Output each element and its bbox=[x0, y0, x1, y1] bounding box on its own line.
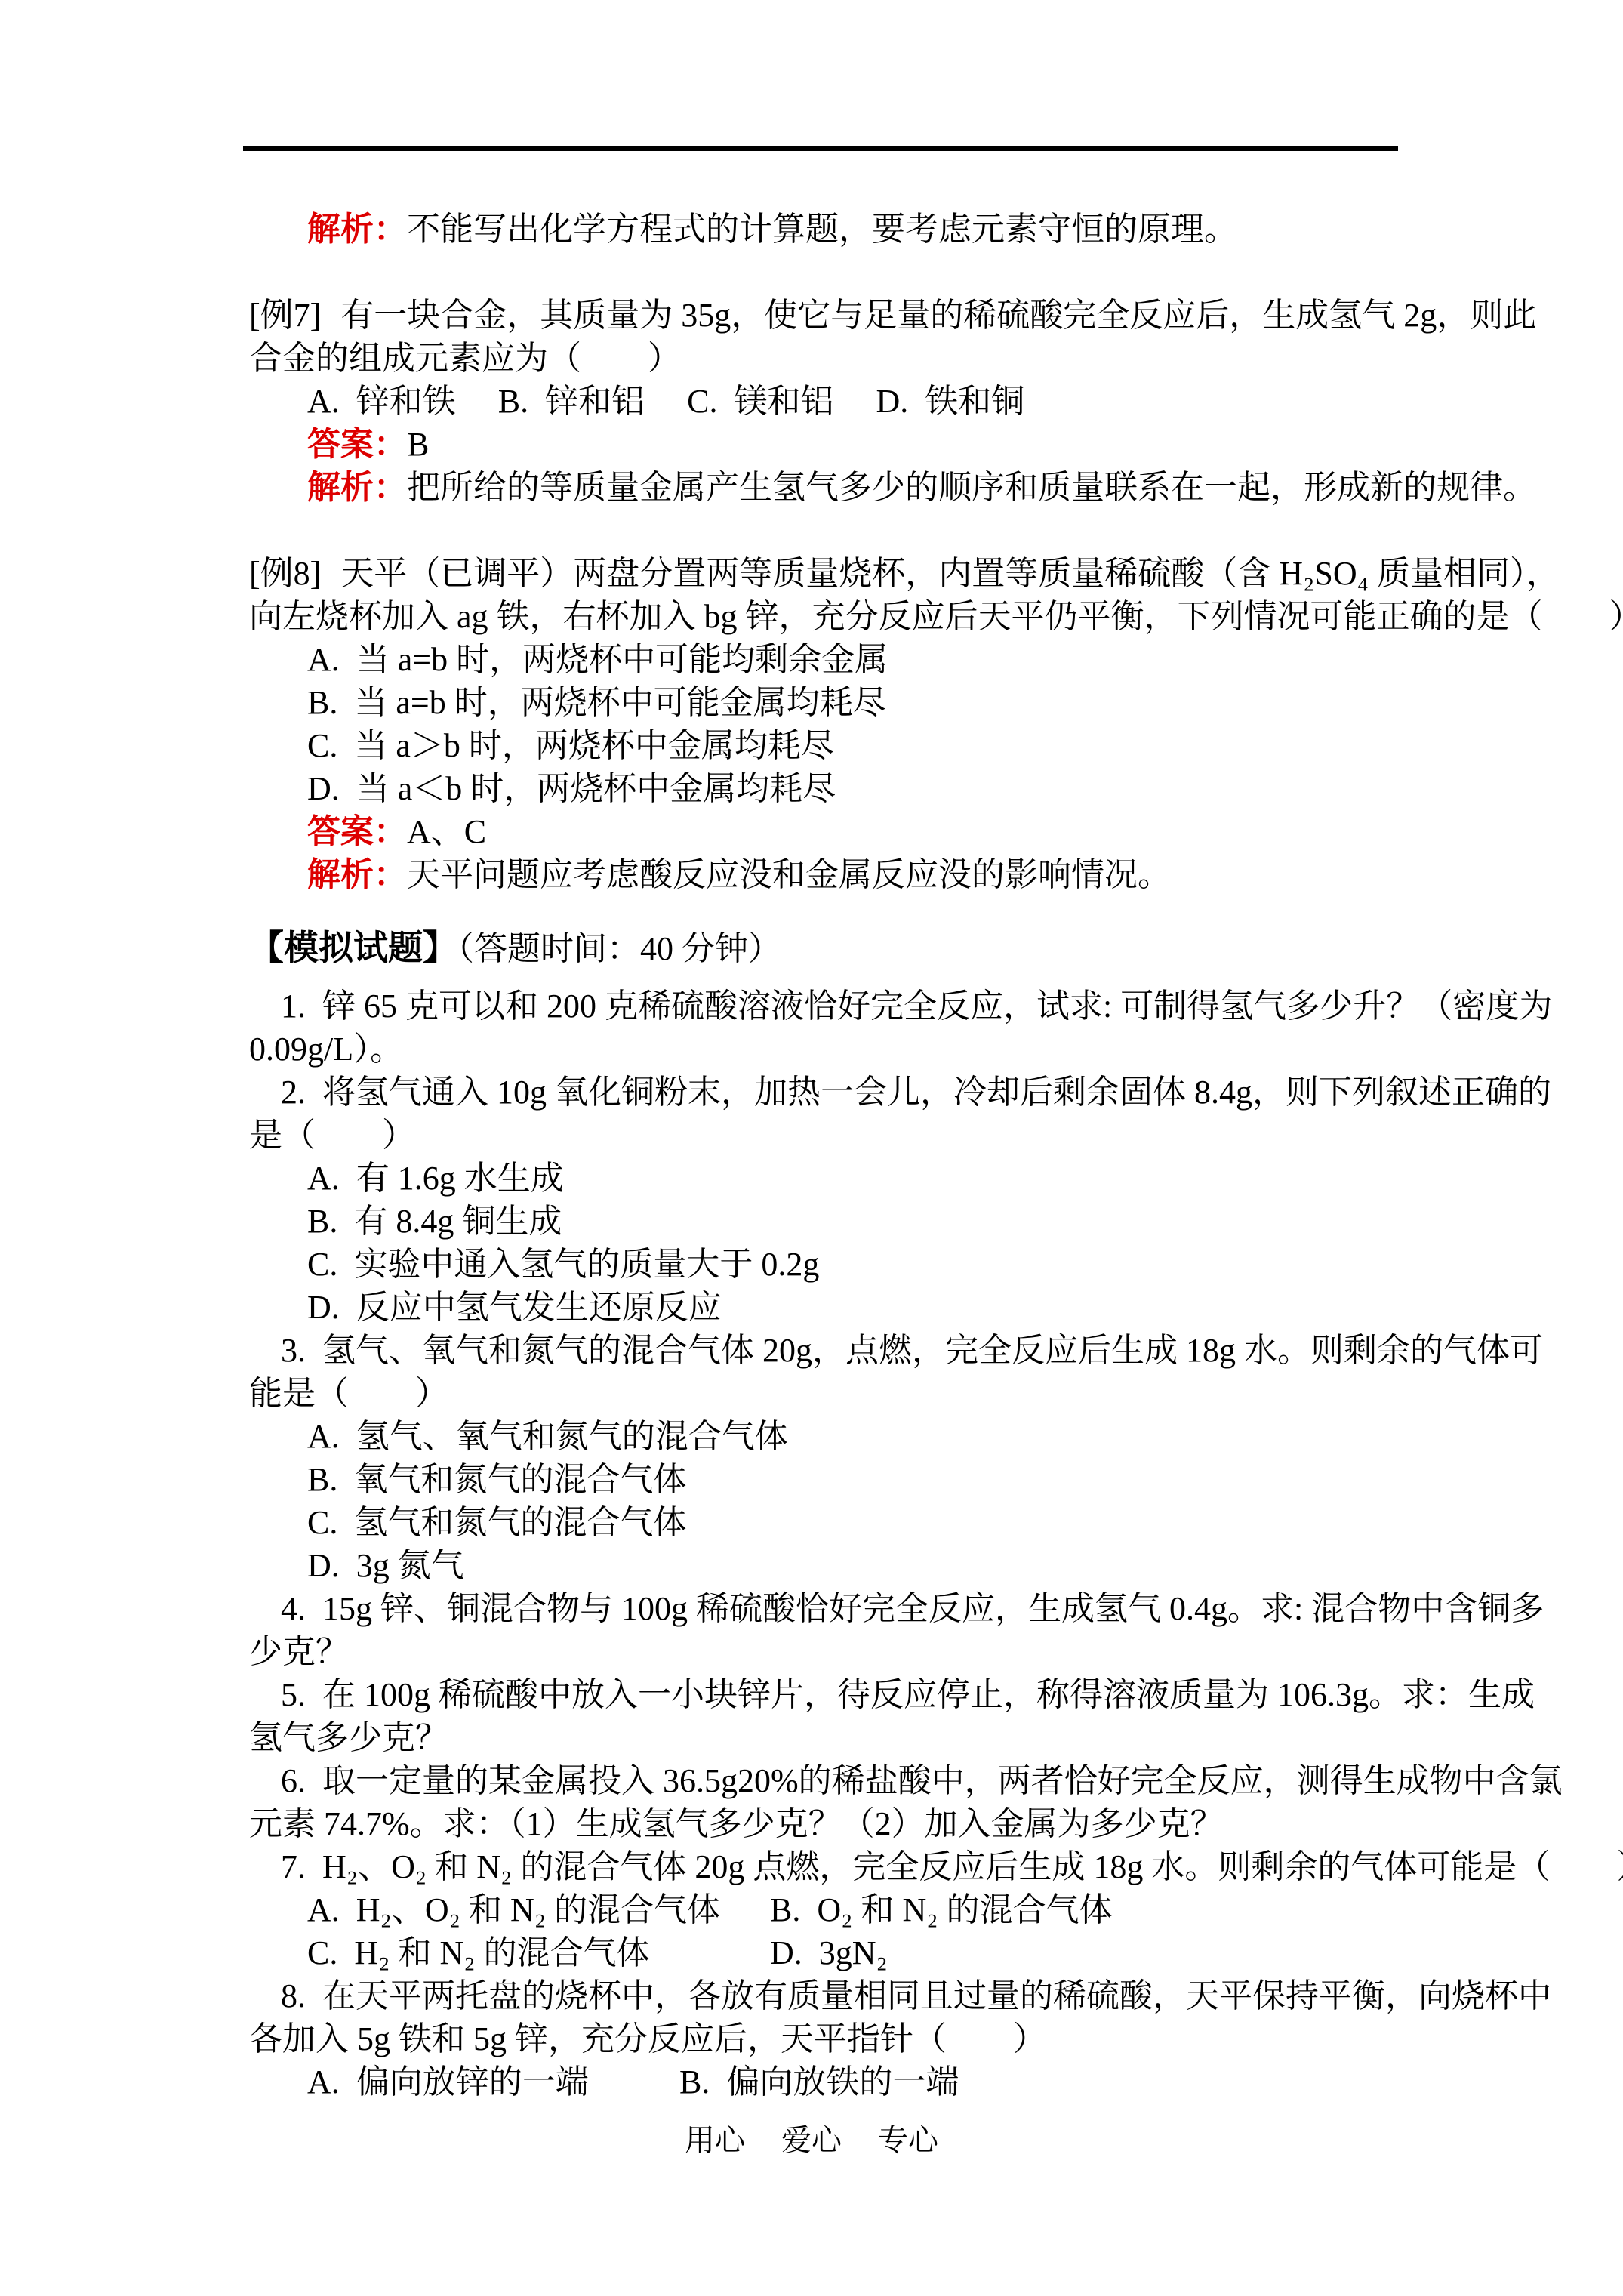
mock-test-heading-line: 【模拟试题】（答题时间：40 分钟） bbox=[249, 926, 1427, 969]
mock-test-time-note: （答题时间：40 分钟） bbox=[457, 930, 781, 967]
option-text: 3g 氮气 bbox=[356, 1547, 464, 1584]
example7-question-line2: 合金的组成元素应为（ ） bbox=[249, 337, 1427, 380]
example7-option-c: C.镁和铝 bbox=[687, 380, 833, 423]
question2-option-c: C.实验中通入氢气的质量大于 0.2g bbox=[249, 1243, 1427, 1286]
example8-answer-line: 答案：A、C bbox=[249, 810, 1427, 853]
option-text: O₂ 和 N₂ 的混合气体 bbox=[817, 1891, 1112, 1928]
question-text: H₂、O₂ 和 N₂ 的混合气体 20g 点燃，完全反应后生成 18g 水。则剩… bbox=[322, 1848, 1623, 1885]
option-text: 镁和铝 bbox=[735, 383, 834, 420]
option-key: C. bbox=[307, 1246, 337, 1283]
analysis-label: 解析： bbox=[307, 856, 407, 893]
option-text: 有 8.4g 铜生成 bbox=[354, 1203, 562, 1240]
example8-analysis-line: 解析：天平问题应考虑酸反应没和金属反应没的影响情况。 bbox=[249, 853, 1427, 896]
question3-option-d: D.3g 氮气 bbox=[249, 1544, 1427, 1587]
example7-options-row: A.锌和铁B.锌和铝C.镁和铝D.铁和铜 bbox=[249, 380, 1427, 423]
option-key: D. bbox=[307, 1547, 340, 1584]
option-key: B. bbox=[307, 684, 337, 721]
option-text: 锌和铝 bbox=[545, 383, 645, 420]
question-text: 取一定量的某金属投入 36.5g20%的稀盐酸中，两者恰好完全反应，测得生成物中… bbox=[322, 1762, 1563, 1799]
option-text: 当 a＜b 时，两烧杯中金属均耗尽 bbox=[356, 770, 836, 807]
question-text: 在 100g 稀硫酸中放入一小块锌片，待反应停止，称得溶液质量为 106.3g。… bbox=[322, 1676, 1535, 1713]
header-separator-rule bbox=[243, 146, 1398, 151]
example8-option-a: A.当 a=b 时，两烧杯中可能均剩余金属 bbox=[249, 638, 1427, 681]
option-key: B. bbox=[307, 1203, 337, 1240]
answer-value: A、C bbox=[407, 813, 486, 850]
document-body: 解析：不能写出化学方程式的计算题，要考虑元素守恒的原理。 [例7]有一块合金，其… bbox=[249, 208, 1427, 2103]
option-text: 实验中通入氢气的质量大于 0.2g bbox=[354, 1246, 819, 1283]
footer-motto-1: 用心 bbox=[685, 2123, 745, 2157]
analysis-text: 不能写出化学方程式的计算题，要考虑元素守恒的原理。 bbox=[407, 211, 1237, 248]
document-page: 解析：不能写出化学方程式的计算题，要考虑元素守恒的原理。 [例7]有一块合金，其… bbox=[0, 0, 1623, 2296]
question-text: 氢气、氧气和氮气的混合气体 20g，点燃，完全反应后生成 18g 水。则剩余的气… bbox=[322, 1332, 1543, 1369]
option-key: C. bbox=[307, 1504, 337, 1541]
option-key: A. bbox=[307, 383, 340, 420]
option-key: A. bbox=[307, 1891, 340, 1928]
question3-line1: 3.氢气、氧气和氮气的混合气体 20g，点燃，完全反应后生成 18g 水。则剩余… bbox=[249, 1329, 1427, 1372]
example7-analysis-line: 解析：把所给的等质量金属产生氢气多少的顺序和质量联系在一起，形成新的规律。 bbox=[249, 466, 1427, 509]
option-text: 当 a＞b 时，两烧杯中金属均耗尽 bbox=[354, 727, 834, 764]
blank-line bbox=[249, 251, 1427, 294]
question2-option-b: B.有 8.4g 铜生成 bbox=[249, 1200, 1427, 1243]
question8-line2: 各加入 5g 铁和 5g 锌，充分反应后，天平指针（ ） bbox=[249, 2017, 1427, 2060]
analysis-text: 天平问题应考虑酸反应没和金属反应没的影响情况。 bbox=[407, 856, 1171, 893]
mock-test-heading: 【模拟试题】 bbox=[249, 929, 457, 967]
option-key: A. bbox=[307, 2063, 340, 2100]
blank-line bbox=[249, 509, 1427, 552]
example7-question-line1: [例7]有一块合金，其质量为 35g，使它与足量的稀硫酸完全反应后，生成氢气 2… bbox=[249, 294, 1427, 337]
example8-option-c: C.当 a＞b 时，两烧杯中金属均耗尽 bbox=[249, 724, 1427, 767]
question8-options-ab: A.偏向放锌的一端B.偏向放铁的一端 bbox=[249, 2060, 1427, 2103]
question-number: 3. bbox=[281, 1332, 306, 1369]
analysis-text: 把所给的等质量金属产生氢气多少的顺序和质量联系在一起，形成新的规律。 bbox=[407, 469, 1536, 506]
option-key: D. bbox=[770, 1934, 802, 1971]
option-text: 3gN₂ bbox=[819, 1934, 888, 1971]
question2-line1: 2.将氢气通入 10g 氧化铜粉末，加热一会儿，冷却后剩余固体 8.4g，则下列… bbox=[249, 1071, 1427, 1114]
question2-option-d: D.反应中氢气发生还原反应 bbox=[249, 1286, 1427, 1329]
question3-option-a: A.氢气、氧气和氮气的混合气体 bbox=[249, 1415, 1427, 1458]
option-text: H₂ 和 N₂ 的混合气体 bbox=[354, 1934, 649, 1971]
question-text: 锌 65 克可以和 200 克稀硫酸溶液恰好完全反应，试求: 可制得氢气多少升？… bbox=[322, 988, 1552, 1025]
analysis-label: 解析： bbox=[307, 469, 407, 506]
question4-line1: 4.15g 锌、铜混合物与 100g 稀硫酸恰好完全反应，生成氢气 0.4g。求… bbox=[249, 1587, 1427, 1630]
question7-line1: 7.H₂、O₂ 和 N₂ 的混合气体 20g 点燃，完全反应后生成 18g 水。… bbox=[249, 1845, 1427, 1888]
question8-option-a: A.偏向放锌的一端 bbox=[307, 2060, 679, 2103]
example8-tag: [例8] bbox=[249, 555, 321, 592]
option-text: 氢气、氧气和氮气的混合气体 bbox=[356, 1418, 788, 1455]
question7-option-d: D.3gN₂ bbox=[770, 1934, 888, 1971]
question7-option-c: C.H₂ 和 N₂ 的混合气体 bbox=[307, 1931, 770, 1974]
example7-text1: 有一块合金，其质量为 35g，使它与足量的稀硫酸完全反应后，生成氢气 2g，则此 bbox=[340, 297, 1536, 334]
question4-line2: 少克？ bbox=[249, 1630, 1427, 1673]
question-number: 8. bbox=[281, 1977, 306, 2014]
option-key: C. bbox=[307, 727, 337, 764]
question-number: 1. bbox=[281, 988, 306, 1025]
option-key: C. bbox=[307, 1934, 337, 1971]
option-key: A. bbox=[307, 1160, 340, 1197]
example8-text1: 天平（已调平）两盘分置两等质量烧杯，内置等质量稀硫酸（含 H₂SO₄ 质量相同）… bbox=[340, 555, 1560, 592]
option-key: D. bbox=[876, 383, 909, 420]
answer-value: B bbox=[407, 426, 429, 463]
question5-line2: 氢气多少克？ bbox=[249, 1716, 1427, 1759]
question7-option-b: B.O₂ 和 N₂ 的混合气体 bbox=[770, 1891, 1113, 1928]
example8-question-line2: 向左烧杯加入 ag 铁，右杯加入 bg 锌，充分反应后天平仍平衡，下列情况可能正… bbox=[249, 595, 1427, 638]
example8-question-line1: [例8]天平（已调平）两盘分置两等质量烧杯，内置等质量稀硫酸（含 H₂SO₄ 质… bbox=[249, 552, 1427, 595]
option-key: B. bbox=[770, 1891, 800, 1928]
question8-line1: 8.在天平两托盘的烧杯中，各放有质量相同且过量的稀硫酸，天平保持平衡，向烧杯中 bbox=[249, 1974, 1427, 2017]
question7-option-a: A.H₂、O₂ 和 N₂ 的混合气体 bbox=[307, 1888, 770, 1931]
option-text: H₂、O₂ 和 N₂ 的混合气体 bbox=[356, 1891, 720, 1928]
option-key: B. bbox=[498, 383, 528, 420]
question2-line2: 是（ ） bbox=[249, 1114, 1427, 1157]
question2-option-a: A.有 1.6g 水生成 bbox=[249, 1157, 1427, 1200]
footer-motto-2: 爱心 bbox=[781, 2123, 842, 2157]
blank-line bbox=[249, 896, 1427, 926]
question1-line2: 0.09g/L）。 bbox=[249, 1028, 1427, 1071]
question3-option-b: B.氧气和氮气的混合气体 bbox=[249, 1458, 1427, 1501]
option-key: D. bbox=[307, 770, 340, 807]
question7-options-ab: A.H₂、O₂ 和 N₂ 的混合气体B.O₂ 和 N₂ 的混合气体 bbox=[249, 1888, 1427, 1931]
option-key: A. bbox=[307, 1418, 340, 1455]
answer-label: 答案： bbox=[307, 813, 407, 850]
option-text: 氢气和氮气的混合气体 bbox=[354, 1504, 686, 1541]
example7-option-b: B.锌和铝 bbox=[498, 380, 645, 423]
option-key: B. bbox=[679, 2063, 710, 2100]
example7-answer-line: 答案：B bbox=[249, 423, 1427, 466]
question8-option-b: B.偏向放铁的一端 bbox=[679, 2063, 959, 2100]
question3-line2: 能是（ ） bbox=[249, 1372, 1427, 1415]
option-key: B. bbox=[307, 1461, 337, 1498]
question7-options-cd: C.H₂ 和 N₂ 的混合气体D.3gN₂ bbox=[249, 1931, 1427, 1974]
question1-line1: 1.锌 65 克可以和 200 克稀硫酸溶液恰好完全反应，试求: 可制得氢气多少… bbox=[249, 985, 1427, 1028]
example8-option-d: D.当 a＜b 时，两烧杯中金属均耗尽 bbox=[249, 767, 1427, 810]
question6-line2: 元素 74.7%。求：（1）生成氢气多少克？（2）加入金属为多少克？ bbox=[249, 1802, 1427, 1845]
example8-option-b: B.当 a=b 时，两烧杯中可能金属均耗尽 bbox=[249, 681, 1427, 724]
option-key: D. bbox=[307, 1289, 340, 1326]
question-number: 5. bbox=[281, 1676, 306, 1713]
pre-analysis-line: 解析：不能写出化学方程式的计算题，要考虑元素守恒的原理。 bbox=[249, 208, 1427, 251]
example7-option-d: D.铁和铜 bbox=[876, 380, 1025, 423]
question6-line1: 6.取一定量的某金属投入 36.5g20%的稀盐酸中，两者恰好完全反应，测得生成… bbox=[249, 1759, 1427, 1802]
option-text: 铁和铜 bbox=[925, 383, 1024, 420]
question-number: 6. bbox=[281, 1762, 306, 1799]
option-key: A. bbox=[307, 641, 340, 678]
footer-motto-3: 专心 bbox=[878, 2123, 938, 2157]
page-footer: 用心爱心专心 bbox=[0, 2123, 1623, 2158]
question-number: 7. bbox=[281, 1848, 306, 1885]
option-text: 偏向放锌的一端 bbox=[356, 2063, 589, 2100]
question-text: 15g 锌、铜混合物与 100g 稀硫酸恰好完全反应，生成氢气 0.4g。求: … bbox=[322, 1590, 1544, 1627]
analysis-label: 解析： bbox=[307, 211, 407, 248]
answer-label: 答案： bbox=[307, 426, 407, 463]
question-text: 在天平两托盘的烧杯中，各放有质量相同且过量的稀硫酸，天平保持平衡，向烧杯中 bbox=[322, 1977, 1551, 2014]
question3-option-c: C.氢气和氮气的混合气体 bbox=[249, 1501, 1427, 1544]
question-text: 将氢气通入 10g 氧化铜粉末，加热一会儿，冷却后剩余固体 8.4g，则下列叙述… bbox=[322, 1074, 1551, 1111]
option-text: 锌和铁 bbox=[356, 383, 456, 420]
option-text: 氧气和氮气的混合气体 bbox=[354, 1461, 686, 1498]
example7-option-a: A.锌和铁 bbox=[307, 380, 456, 423]
option-text: 当 a=b 时，两烧杯中可能金属均耗尽 bbox=[354, 684, 885, 721]
option-text: 当 a=b 时，两烧杯中可能均剩余金属 bbox=[356, 641, 888, 678]
example7-tag: [例7] bbox=[249, 297, 321, 334]
question5-line1: 5.在 100g 稀硫酸中放入一小块锌片，待反应停止，称得溶液质量为 106.3… bbox=[249, 1673, 1427, 1716]
option-text: 反应中氢气发生还原反应 bbox=[356, 1289, 722, 1326]
question-number: 4. bbox=[281, 1590, 306, 1627]
option-text: 有 1.6g 水生成 bbox=[356, 1160, 564, 1197]
option-key: C. bbox=[687, 383, 717, 420]
question-number: 2. bbox=[281, 1074, 306, 1111]
option-text: 偏向放铁的一端 bbox=[726, 2063, 959, 2100]
